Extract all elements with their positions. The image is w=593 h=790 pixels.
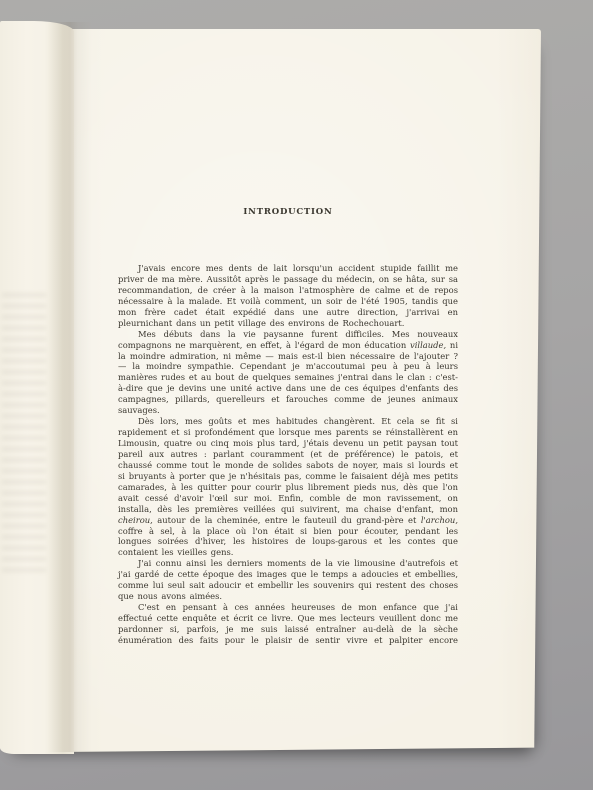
page-paragraphs: J'avais encore mes dents de lait lorsqu'… [118,263,458,646]
page-text-block: INTRODUCTION J'avais encore mes dents de… [118,207,458,646]
paragraph: C'est en pensant à ces années heureuses … [118,602,458,646]
paragraph: J'ai connu ainsi les derniers moments de… [118,558,458,602]
book-left-page-edge [0,21,74,754]
paragraph: Mes débuts dans la vie paysanne furent d… [118,329,458,417]
paragraph: Dès lors, mes goûts et mes habitudes cha… [118,416,458,558]
page-title: INTRODUCTION [118,207,458,217]
paragraph: J'avais encore mes dents de lait lorsqu'… [118,263,458,329]
show-through-text-ghost [2,293,46,573]
book-right-page: INTRODUCTION J'avais encore mes dents de… [58,29,541,752]
photo-background: INTRODUCTION J'avais encore mes dents de… [0,0,593,790]
